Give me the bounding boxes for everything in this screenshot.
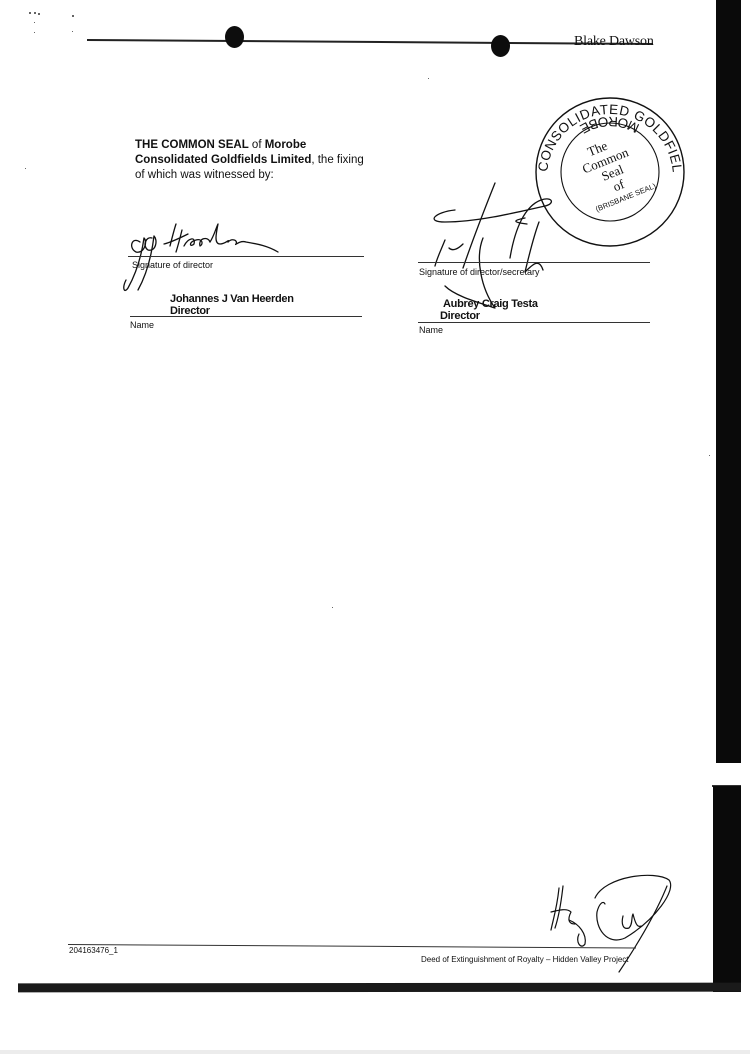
right-signature-label: Signature of director/secretary bbox=[419, 267, 540, 277]
seal-clause-lead: THE COMMON SEAL bbox=[135, 139, 249, 151]
seal-inner-caption: (BRISBANE SEAL) bbox=[594, 181, 657, 214]
right-signature-line bbox=[418, 262, 650, 263]
scan-speck bbox=[332, 607, 333, 608]
viewer-bottom-strip bbox=[0, 1050, 750, 1054]
common-seal-stamp: CONSOLIDATED GOLDFIELDS LIMITED MOROBE T… bbox=[533, 96, 685, 246]
seal-clause-of: of bbox=[249, 139, 265, 151]
scan-speck bbox=[72, 15, 74, 17]
scan-edge-right-lower bbox=[713, 786, 741, 992]
header-rule bbox=[87, 39, 653, 45]
punch-hole bbox=[491, 35, 510, 57]
scan-speck bbox=[34, 22, 35, 23]
scan-speck bbox=[38, 13, 40, 15]
right-signer-title: Director bbox=[440, 310, 480, 322]
firm-name: Blake Dawson bbox=[574, 34, 654, 50]
scan-speck bbox=[709, 455, 710, 456]
document-page: Blake Dawson THE COMMON SEAL of Morobe C… bbox=[0, 0, 750, 1054]
scan-edge-right bbox=[716, 0, 741, 763]
seal-clause: THE COMMON SEAL of Morobe Consolidated G… bbox=[135, 138, 375, 183]
scan-edge-gap bbox=[712, 763, 741, 787]
left-signer-name: Johannes J Van Heerden bbox=[170, 293, 294, 305]
scan-speck bbox=[34, 12, 36, 14]
document-title: Deed of Extinguishment of Royalty – Hidd… bbox=[421, 955, 629, 964]
scan-speck bbox=[428, 78, 429, 79]
right-name-label: Name bbox=[419, 325, 443, 335]
right-name-line bbox=[418, 322, 650, 323]
scan-speck bbox=[72, 31, 73, 32]
scan-speck bbox=[29, 12, 31, 14]
punch-hole bbox=[225, 26, 244, 48]
scan-edge-bottom bbox=[18, 983, 741, 993]
left-name-line bbox=[130, 316, 362, 317]
left-signature-label: Signature of director bbox=[132, 260, 213, 270]
right-signer-name: Aubrey Craig Testa bbox=[443, 298, 538, 310]
document-reference: 204163476_1 bbox=[69, 946, 118, 955]
seal-inner-line: of bbox=[611, 176, 627, 194]
scan-speck bbox=[25, 168, 26, 169]
left-name-label: Name bbox=[130, 320, 154, 330]
scan-speck bbox=[34, 32, 35, 33]
director-signature-heerden bbox=[118, 218, 288, 298]
left-signature-line bbox=[128, 256, 364, 257]
